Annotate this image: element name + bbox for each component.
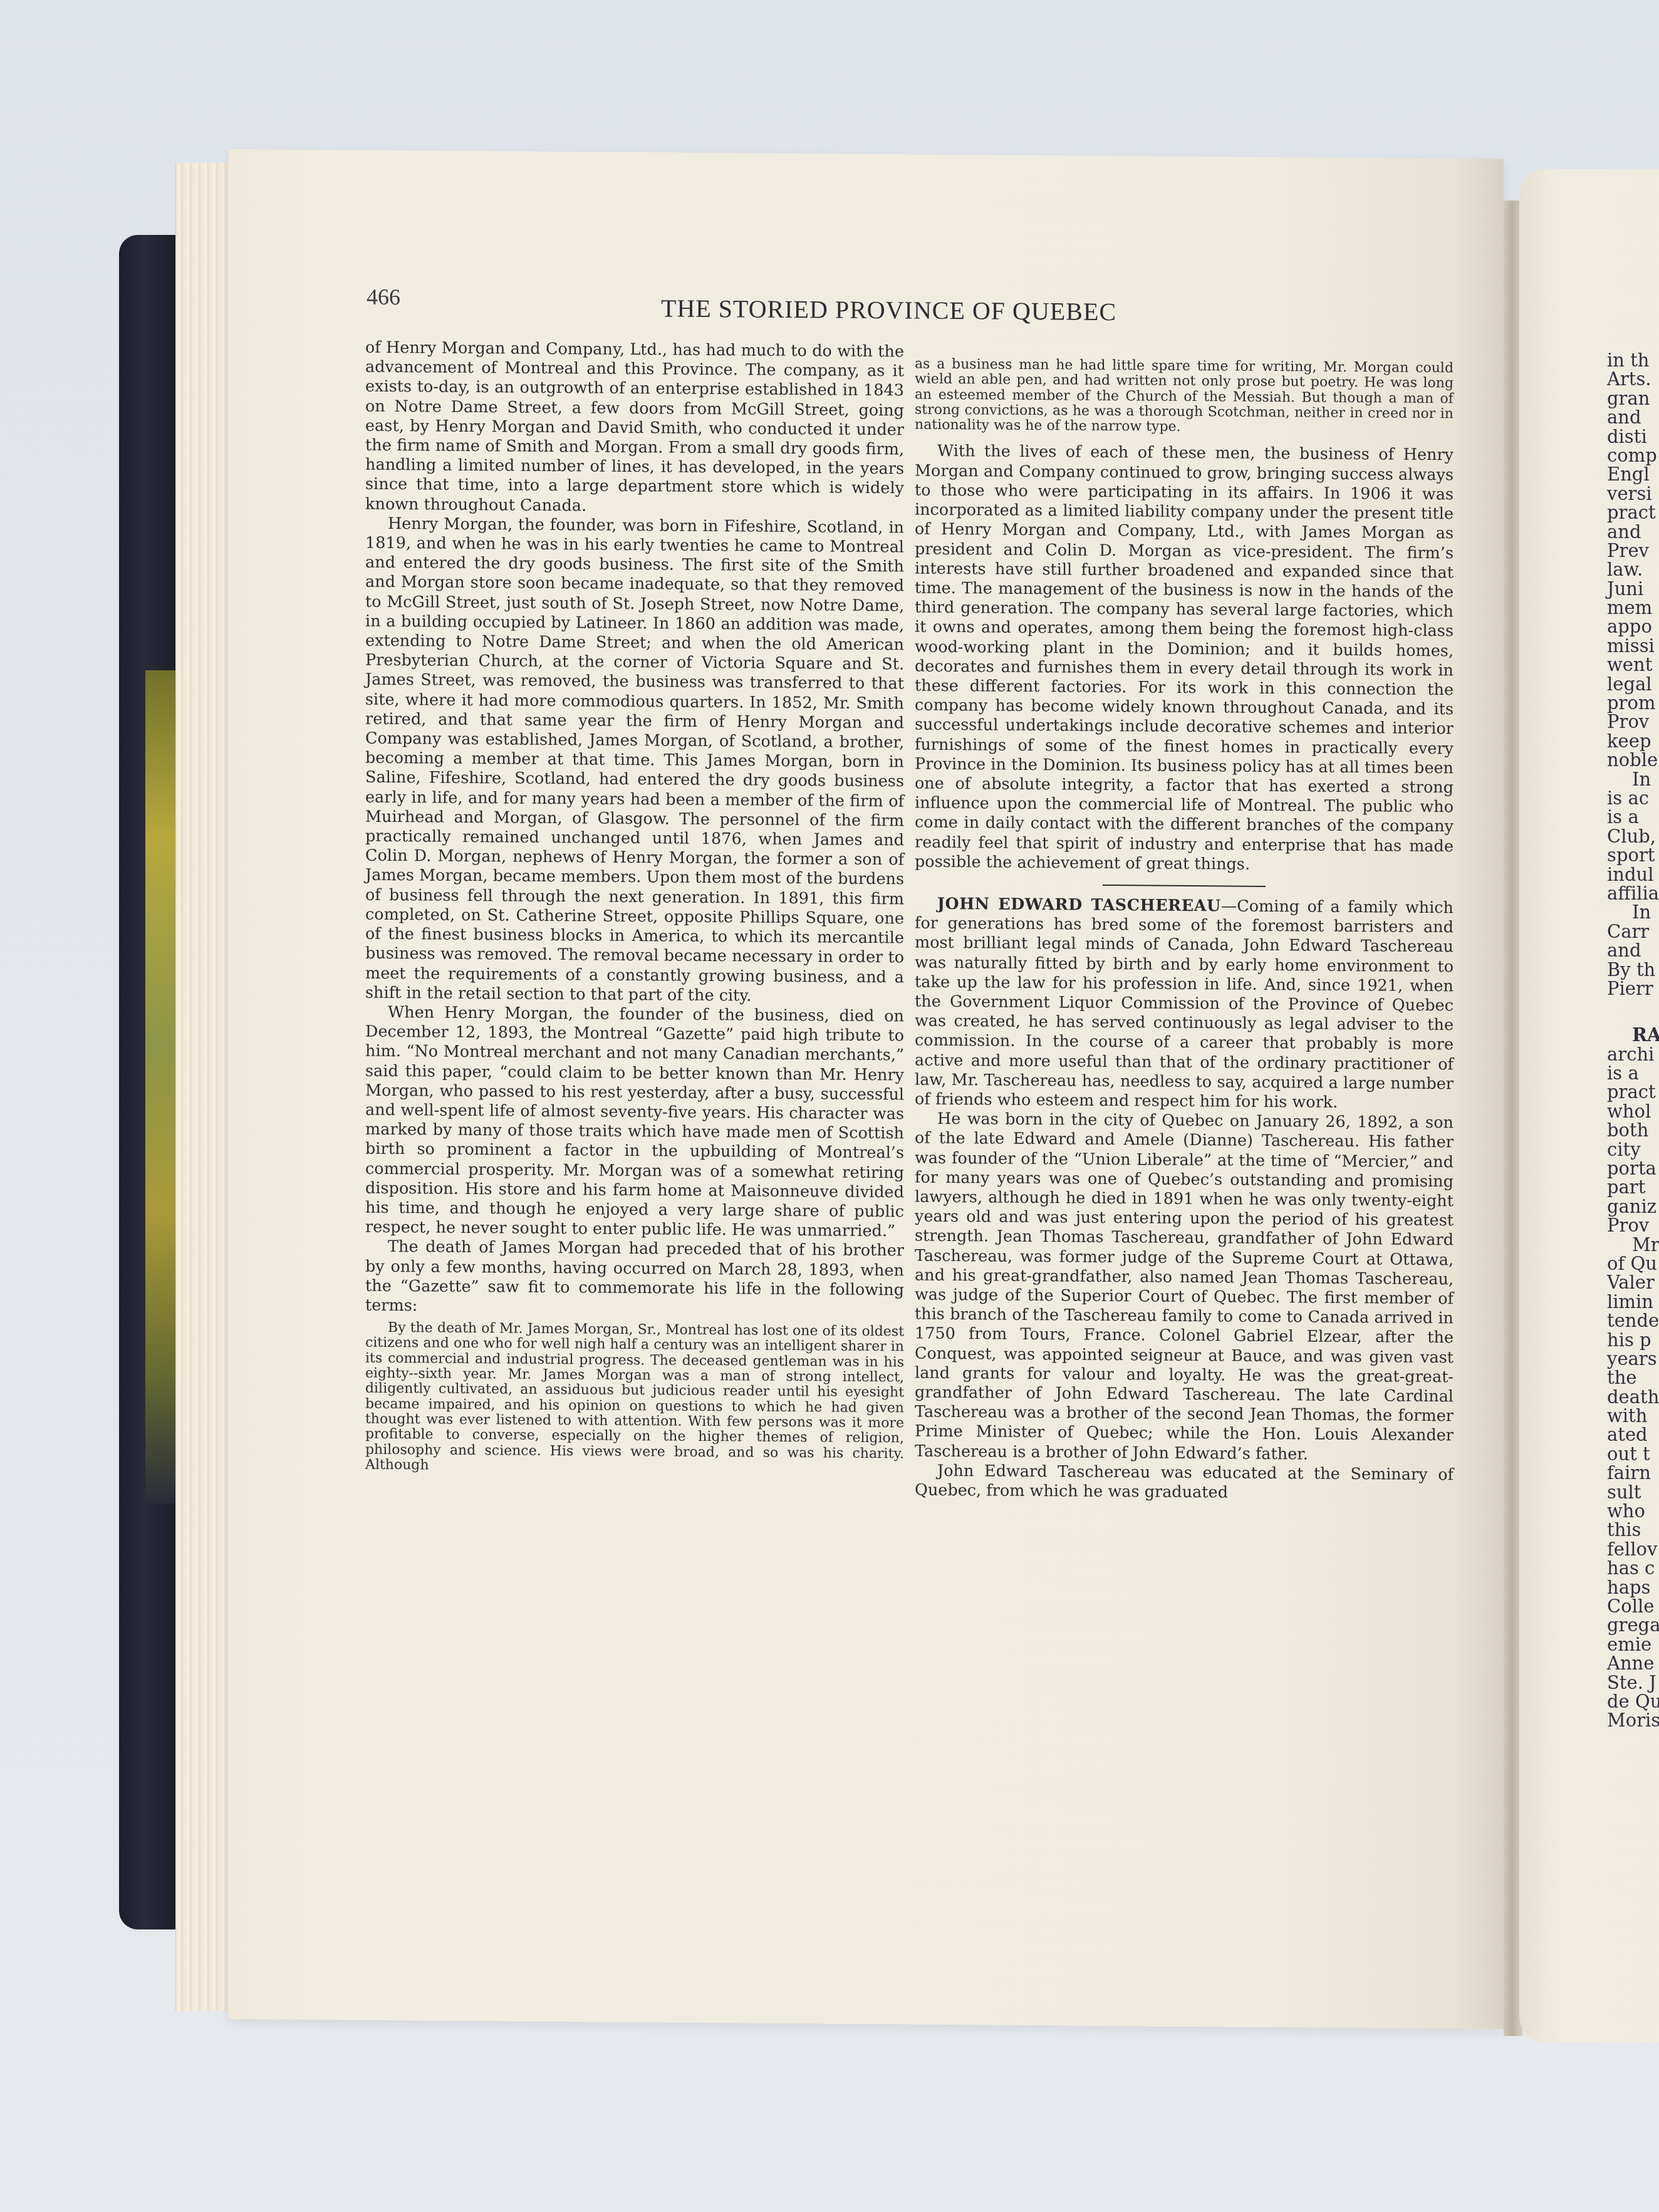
block-quote: By the death of Mr. James Morgan, Sr., M… bbox=[365, 1321, 904, 1477]
text-line: Valer bbox=[1607, 1273, 1659, 1292]
text-line: Prev bbox=[1607, 541, 1659, 560]
text-line: and bbox=[1607, 408, 1659, 427]
text-line: and bbox=[1607, 941, 1659, 960]
text-line: prom bbox=[1607, 693, 1659, 712]
text-line: his p bbox=[1607, 1331, 1659, 1349]
paragraph: Henry Morgan, the founder, was born in F… bbox=[365, 514, 904, 1007]
text-line: who bbox=[1607, 1502, 1659, 1520]
bio-lead-text: —Coming of a family which for generation… bbox=[915, 896, 1454, 1111]
paragraph: He was born in the city of Quebec on Jan… bbox=[915, 1109, 1454, 1465]
text-line: fairn bbox=[1607, 1463, 1659, 1482]
text-line: Club, bbox=[1607, 827, 1659, 846]
text-line: ated bbox=[1607, 1425, 1659, 1444]
text-line: ganiz bbox=[1607, 1197, 1659, 1216]
text-line: in th bbox=[1607, 351, 1659, 370]
text-line: has c bbox=[1607, 1559, 1659, 1577]
text-line: versi bbox=[1607, 484, 1659, 503]
text-line: Anne bbox=[1607, 1654, 1659, 1673]
text-line: affilia bbox=[1607, 884, 1659, 903]
text-line: haps bbox=[1607, 1578, 1659, 1597]
text-line: Moris bbox=[1607, 1711, 1659, 1730]
left-text-column: of Henry Morgan and Company, Ltd., has h… bbox=[365, 338, 904, 1477]
text-line: appo bbox=[1607, 617, 1659, 636]
text-line: Arts. bbox=[1607, 370, 1659, 388]
text-line: missi bbox=[1607, 636, 1659, 655]
text-line: indul bbox=[1607, 865, 1659, 884]
spacer bbox=[1607, 998, 1659, 1026]
text-line: disti bbox=[1607, 427, 1659, 446]
text-line: porta bbox=[1607, 1159, 1659, 1178]
text-line: and bbox=[1607, 522, 1659, 541]
text-line: limin bbox=[1607, 1292, 1659, 1311]
text-line: both bbox=[1607, 1121, 1659, 1140]
block-quote-continued: as a business man he had little spare ti… bbox=[915, 357, 1454, 437]
bio-lead-paragraph: JOHN EDWARD TASCHEREAU—Coming of a famil… bbox=[915, 895, 1454, 1114]
paragraph: John Edward Taschereau was educated at t… bbox=[915, 1461, 1454, 1504]
text-line: Pierr bbox=[1607, 979, 1659, 998]
text-line: whol bbox=[1607, 1102, 1659, 1121]
paragraph: of Henry Morgan and Company, Ltd., has h… bbox=[365, 338, 904, 519]
text-line: Ste. J bbox=[1607, 1673, 1659, 1692]
text-line: fellov bbox=[1607, 1540, 1659, 1559]
paragraph: With the lives of each of these men, the… bbox=[915, 442, 1454, 876]
text-line: pract bbox=[1607, 1083, 1659, 1101]
text-line: Prov bbox=[1607, 712, 1659, 731]
text-line: law. bbox=[1607, 560, 1659, 579]
text-line: sport bbox=[1607, 846, 1659, 865]
text-line: is ac bbox=[1607, 789, 1659, 807]
text-line: is a bbox=[1607, 1064, 1659, 1083]
text-line: de Qu bbox=[1607, 1692, 1659, 1711]
text-line: noble bbox=[1607, 750, 1659, 769]
text-line: grega bbox=[1607, 1616, 1659, 1634]
text-line: tende bbox=[1607, 1311, 1659, 1330]
text-line: Prov bbox=[1607, 1216, 1659, 1235]
facing-page: in th Arts. gran and disti comp Engl ver… bbox=[1519, 169, 1659, 2042]
text-line: Colle bbox=[1607, 1597, 1659, 1616]
text-line: Engl bbox=[1607, 465, 1659, 484]
right-text-column: as a business man he had little spare ti… bbox=[915, 357, 1454, 1505]
bio-name-heading: JOHN EDWARD TASCHEREAU bbox=[937, 895, 1221, 916]
paragraph: When Henry Morgan, the founder of the bu… bbox=[365, 1003, 904, 1242]
text-line: comp bbox=[1607, 446, 1659, 465]
paragraph: The death of James Morgan had preceded t… bbox=[365, 1237, 904, 1320]
text-line: went bbox=[1607, 655, 1659, 674]
page-number: 466 bbox=[367, 284, 400, 310]
text-line: By th bbox=[1607, 960, 1659, 979]
text-line: Juni bbox=[1607, 579, 1659, 598]
text-line: with bbox=[1607, 1406, 1659, 1425]
text-line: sult bbox=[1607, 1483, 1659, 1502]
text-line: the bbox=[1607, 1368, 1659, 1387]
text-line: is a bbox=[1607, 807, 1659, 826]
text-line: out t bbox=[1607, 1445, 1659, 1463]
marbled-cover-edge bbox=[145, 670, 177, 1503]
text-line: legal bbox=[1607, 675, 1659, 693]
text-line: death bbox=[1607, 1388, 1659, 1406]
running-head: THE STORIED PROVINCE OF QUEBEC bbox=[661, 293, 1116, 326]
text-line: emie bbox=[1607, 1635, 1659, 1654]
text-line: Mr bbox=[1607, 1235, 1659, 1254]
left-page: 466 THE STORIED PROVINCE OF QUEBEC of He… bbox=[229, 149, 1504, 2029]
text-line: this bbox=[1607, 1520, 1659, 1539]
text-line: of Qu bbox=[1607, 1254, 1659, 1273]
open-book: 466 THE STORIED PROVINCE OF QUEBEC of He… bbox=[0, 0, 1659, 2212]
text-line: mem bbox=[1607, 598, 1659, 617]
facing-page-text: in th Arts. gran and disti comp Engl ver… bbox=[1607, 351, 1659, 1730]
text-line: years bbox=[1607, 1349, 1659, 1368]
text-line: In bbox=[1607, 903, 1659, 922]
text-line: keep bbox=[1607, 732, 1659, 750]
text-line: Carr bbox=[1607, 922, 1659, 941]
bio-heading-fragment: RA bbox=[1607, 1026, 1659, 1044]
text-line: In bbox=[1607, 770, 1659, 789]
text-line: pract bbox=[1607, 503, 1659, 522]
text-line: gran bbox=[1607, 389, 1659, 408]
section-divider bbox=[1103, 885, 1266, 887]
text-line: city bbox=[1607, 1140, 1659, 1159]
text-line: archi bbox=[1607, 1045, 1659, 1064]
text-line: part bbox=[1607, 1178, 1659, 1197]
